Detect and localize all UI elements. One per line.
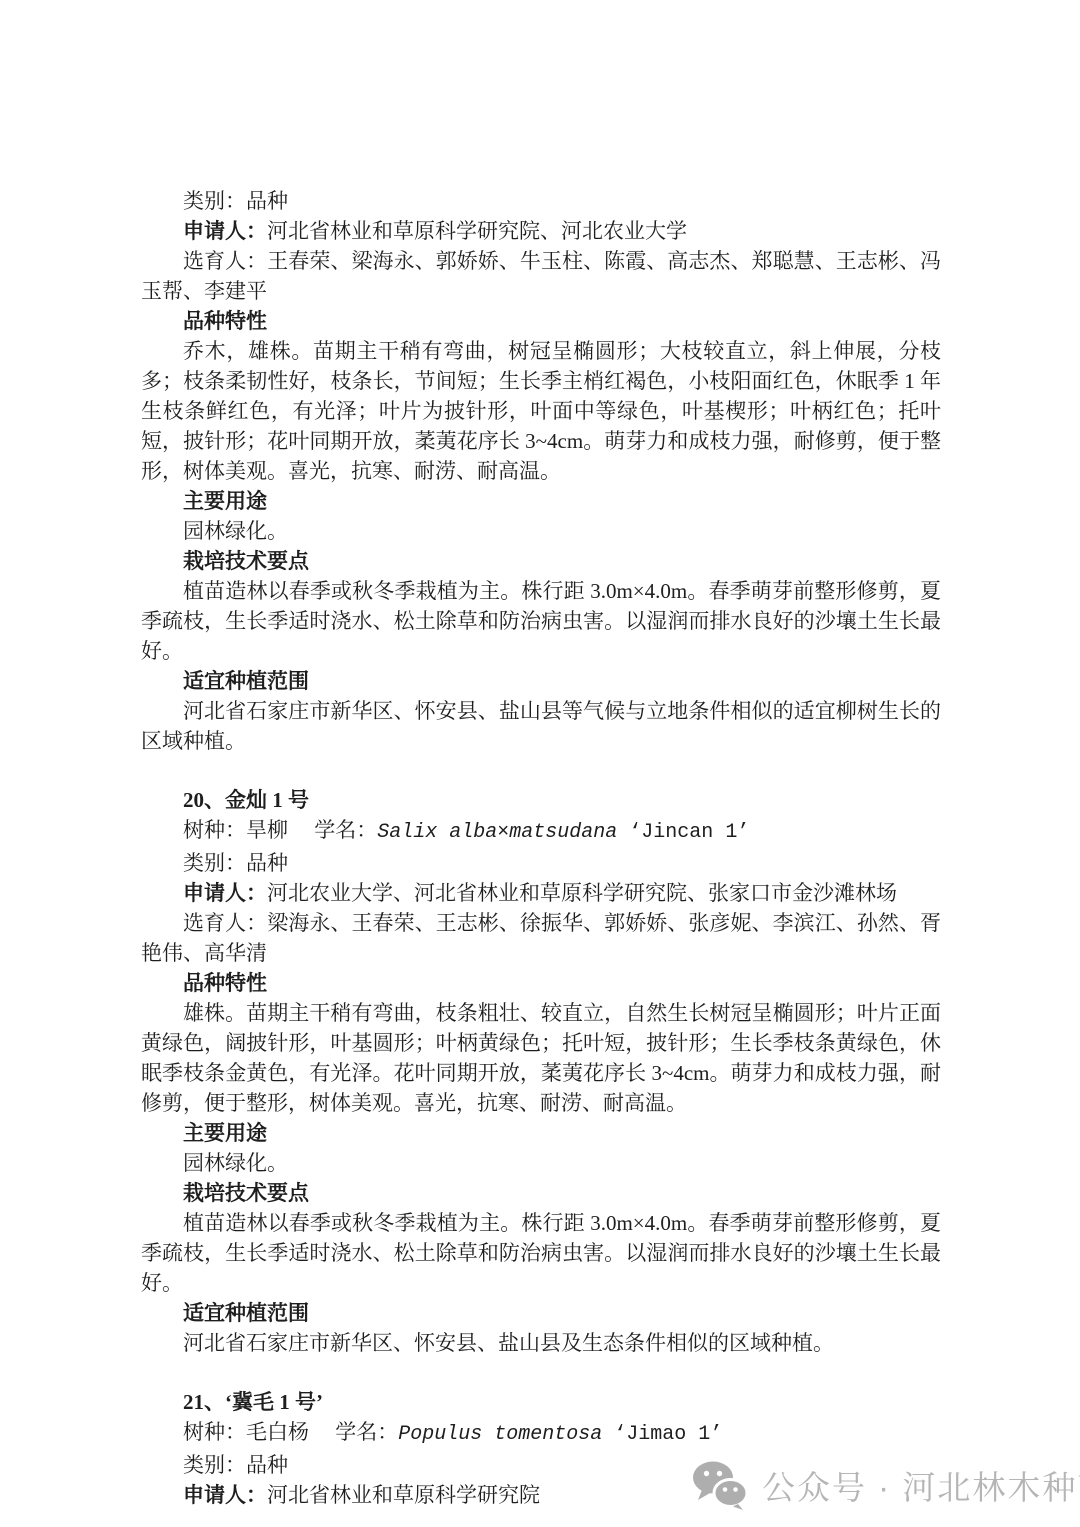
use-heading: 主要用途	[141, 486, 941, 516]
species-line: 树种：毛白杨 学名：Populus tomentosa‘Jimao 1’	[141, 1417, 941, 1450]
use-heading: 主要用途	[141, 1118, 941, 1148]
applicant-label: 申请人：	[183, 881, 267, 905]
applicant-value: 河北农业大学、河北省林业和草原科学研究院、张家口市金沙滩林场	[267, 881, 897, 905]
breeders-line: 选育人：王春荣、梁海永、郭娇娇、牛玉柱、陈霞、高志杰、郑聪慧、王志彬、冯玉帮、李…	[141, 246, 941, 306]
range-text: 河北省石家庄市新华区、怀安县、盐山县及生态条件相似的区域种植。	[141, 1328, 941, 1358]
applicant-line: 申请人：河北农业大学、河北省林业和草原科学研究院、张家口市金沙滩林场	[141, 878, 941, 908]
breeders-line: 选育人：梁海永、王春荣、王志彬、徐振华、郭娇娇、张彦妮、李滨江、孙然、胥艳伟、高…	[141, 908, 941, 968]
cultivar-name: ‘Jimao 1’	[614, 1423, 722, 1446]
latin-name: Salix alba×matsudana	[377, 821, 617, 844]
document-body: 类别：品种 申请人：河北省林业和草原科学研究院、河北农业大学 选育人：王春荣、梁…	[141, 186, 941, 1510]
entry-number-heading: 20、金灿 1 号	[141, 785, 941, 815]
species-prefix: 树种：旱柳 学名：	[183, 818, 377, 842]
traits-text: 乔木，雄株。苗期主干稍有弯曲，树冠呈椭圆形；大枝较直立，斜上伸展，分枝多；枝条柔…	[141, 336, 941, 486]
applicant-line: 申请人：河北省林业和草原科学研究院、河北农业大学	[141, 216, 941, 246]
latin-name: Populus tomentosa	[398, 1423, 602, 1446]
cultivation-text: 植苗造林以春季或秋冬季栽植为主。株行距 3.0m×4.0m。春季萌芽前整形修剪，…	[141, 576, 941, 666]
cultivation-text: 植苗造林以春季或秋冬季栽植为主。株行距 3.0m×4.0m。春季萌芽前整形修剪，…	[141, 1208, 941, 1298]
wechat-watermark: 公众号 · 河北林木种苗	[692, 1458, 1080, 1512]
use-text: 园林绿化。	[141, 1148, 941, 1178]
species-prefix: 树种：毛白杨 学名：	[183, 1420, 398, 1444]
traits-heading: 品种特性	[141, 968, 941, 998]
traits-text: 雄株。苗期主干稍有弯曲，枝条粗壮、较直立，自然生长树冠呈椭圆形；叶片正面黄绿色，…	[141, 998, 941, 1118]
range-heading: 适宜种植范围	[141, 666, 941, 696]
entry-20: 20、金灿 1 号 树种：旱柳 学名：Salix alba×matsudana‘…	[141, 785, 941, 1358]
applicant-value: 河北省林业和草原科学研究院、河北农业大学	[267, 219, 687, 243]
use-text: 园林绿化。	[141, 516, 941, 546]
range-text: 河北省石家庄市新华区、怀安县、盐山县等气候与立地条件相似的适宜柳树生长的区域种植…	[141, 696, 941, 756]
traits-heading: 品种特性	[141, 306, 941, 336]
wechat-icon	[692, 1460, 748, 1510]
cultivation-heading: 栽培技术要点	[141, 1178, 941, 1208]
entry-19: 类别：品种 申请人：河北省林业和草原科学研究院、河北农业大学 选育人：王春荣、梁…	[141, 186, 941, 756]
entry-number-heading: 21、‘冀毛 1 号’	[141, 1387, 941, 1417]
category-line: 类别：品种	[141, 848, 941, 878]
cultivar-name: ‘Jincan 1’	[629, 821, 749, 844]
applicant-label: 申请人：	[183, 1483, 267, 1507]
cultivation-heading: 栽培技术要点	[141, 546, 941, 576]
range-heading: 适宜种植范围	[141, 1298, 941, 1328]
applicant-label: 申请人：	[183, 219, 267, 243]
watermark-text: 公众号 · 河北林木种苗	[762, 1462, 1080, 1509]
category-line: 类别：品种	[141, 186, 941, 216]
species-line: 树种：旱柳 学名：Salix alba×matsudana‘Jincan 1’	[141, 815, 941, 848]
applicant-value: 河北省林业和草原科学研究院	[267, 1483, 540, 1507]
